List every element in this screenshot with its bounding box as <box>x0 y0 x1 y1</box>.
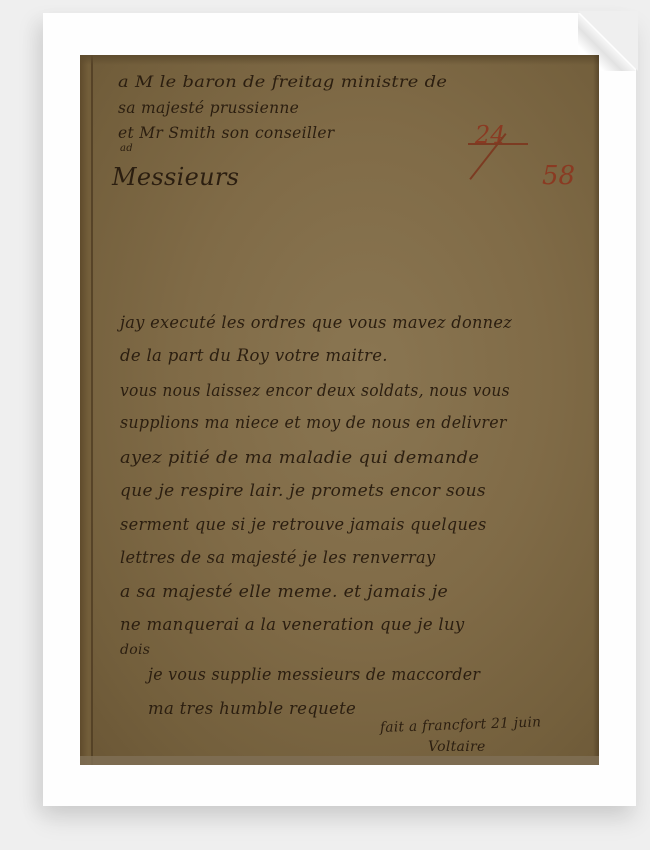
signature: Voltaire <box>428 739 486 755</box>
salutation: Messieurs <box>112 163 239 191</box>
address-line-2: sa majesté prussienne <box>118 99 299 117</box>
binding-line <box>91 55 93 765</box>
body-line-12: je vous supplie messieurs de maccorder <box>148 665 480 684</box>
manuscript-photo: a M le baron de freitag ministre de sa m… <box>80 55 599 765</box>
print-preview: a M le baron de freitag ministre de sa m… <box>0 0 650 850</box>
address-line-1: a M le baron de freitag ministre de <box>118 73 447 91</box>
body-line-8: lettres de sa majesté je les renverray <box>120 548 435 567</box>
place-date: fait a francfort 21 juin <box>380 714 542 736</box>
body-line-1: jay executé les ordres que vous mavez do… <box>120 313 512 332</box>
body-line-7: serment que si je retrouve jamais quelqu… <box>120 515 487 534</box>
body-line-11: dois <box>120 642 150 658</box>
body-line-4: supplions ma niece et moy de nous en del… <box>120 413 507 432</box>
body-line-2: de la part du Roy votre maitre. <box>120 346 388 365</box>
bottom-band <box>80 756 599 765</box>
body-line-10: ne manquerai a la veneration que je luy <box>120 615 465 634</box>
body-line-5: ayez pitié de ma maladie qui demande <box>120 448 479 467</box>
top-shadow <box>80 55 599 65</box>
body-line-6: que je respire lair. je promets encor so… <box>120 481 486 500</box>
address-line-3: et Mr Smith son conseiller <box>118 124 335 142</box>
address-note: ad <box>120 143 133 154</box>
white-mount: a M le baron de freitag ministre de sa m… <box>43 13 636 806</box>
body-line-13: ma tres humble requete <box>148 699 356 718</box>
folio-number: 58 <box>542 161 575 191</box>
body-line-9: a sa majesté elle meme. et jamais je <box>120 582 448 601</box>
body-line-3: vous nous laissez encor deux soldats, no… <box>120 381 510 400</box>
right-edge <box>593 55 599 765</box>
